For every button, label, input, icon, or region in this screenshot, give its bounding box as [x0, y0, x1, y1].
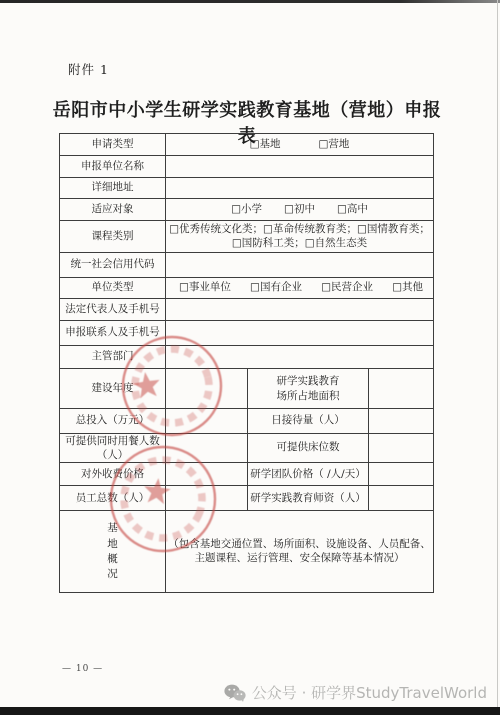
label-legal-rep-phone: 法定代表人及手机号 — [60, 299, 166, 321]
checkbox-nature-ecology[interactable]: □自然生态类 — [305, 237, 367, 251]
checkbox-defense-science[interactable]: □国防科工类； — [232, 237, 305, 251]
label-unit-type: 单位类型 — [60, 278, 166, 299]
input-external-price[interactable] — [166, 463, 248, 486]
label-edu-teachers: 研学实践教育师资（人） — [248, 486, 369, 511]
page-right-edge — [497, 0, 498, 707]
label-unit-name: 申报单位名称 — [60, 156, 166, 178]
input-team-price[interactable] — [369, 463, 434, 486]
input-dining-capacity[interactable] — [166, 434, 248, 463]
checkbox-junior-high[interactable]: □初中 — [284, 203, 315, 217]
input-unit-name[interactable] — [166, 156, 434, 178]
label-base-overview: 基地概况 — [60, 511, 166, 593]
checkbox-primary-school[interactable]: □小学 — [231, 203, 262, 217]
input-address[interactable] — [166, 178, 434, 199]
photo-top-edge — [0, 0, 500, 3]
label-site-area: 研学实践教育 场所占地面积 — [248, 369, 369, 409]
target-students-options: □小学 □初中 □高中 — [166, 199, 434, 221]
checkbox-camp[interactable]: □营地 — [319, 138, 350, 152]
unit-type-options: □事业单位 □国有企业 □民营企业 □其他 — [166, 278, 434, 299]
page-number: — 10 — — [62, 664, 103, 674]
watermark-text: 公众号 · 研学界StudyTravelWorld — [252, 682, 487, 703]
checkbox-revolutionary-education[interactable]: □革命传统教育类； — [263, 223, 357, 237]
base-overview-note-cell[interactable]: （包含基地交通位置、场所面积、设施设备、人员配备、主题课程、运行管理、安全保障等… — [166, 511, 434, 593]
label-construction-year: 建设年度 — [60, 369, 166, 409]
label-target-students: 适应对象 — [60, 199, 166, 221]
label-bed-count: 可提供床位数 — [248, 434, 369, 463]
checkbox-base[interactable]: □基地 — [250, 138, 281, 152]
checkbox-private-enterprise[interactable]: □民营企业 — [321, 281, 373, 295]
checkbox-other[interactable]: □其他 — [392, 281, 423, 295]
wechat-icon — [224, 684, 246, 702]
label-team-price: 研学团队价格（ /人/天） — [248, 463, 369, 486]
course-category-options: □优秀传统文化类；□革命传统教育类；□国情教育类； □国防科工类；□自然生态类 — [166, 221, 434, 253]
checkbox-national-conditions[interactable]: □国情教育类； — [357, 223, 430, 237]
label-total-investment: 总投入（万元） — [60, 409, 166, 434]
label-staff-total: 员工总数（人） — [60, 486, 166, 511]
input-construction-year[interactable] — [166, 369, 248, 409]
input-legal-rep-phone[interactable] — [166, 299, 434, 321]
label-dining-capacity: 可提供同时用餐人数 （人） — [60, 434, 166, 463]
application-form-table: 申请类型 □基地 □营地 申报单位名称 详细地址 适应对象 — [59, 133, 434, 593]
input-daily-capacity[interactable] — [369, 409, 434, 434]
label-contact-phone: 申报联系人及手机号 — [60, 321, 166, 346]
base-overview-note: （包含基地交通位置、场所面积、设施设备、人员配备、主题课程、运行管理、安全保障等… — [168, 538, 431, 564]
input-bed-count[interactable] — [369, 434, 434, 463]
attachment-label: 附件 1 — [68, 60, 109, 78]
label-application-type: 申请类型 — [60, 134, 166, 156]
checkbox-public-institution[interactable]: □事业单位 — [179, 281, 231, 295]
checkbox-traditional-culture[interactable]: □优秀传统文化类； — [169, 223, 263, 237]
label-credit-code: 统一社会信用代码 — [60, 253, 166, 278]
label-course-category: 课程类别 — [60, 221, 166, 253]
input-total-investment[interactable] — [166, 409, 248, 434]
label-external-price: 对外收费价格 — [60, 463, 166, 486]
document-page: 附件 1 岳阳市中小学生研学实践教育基地（营地）申报表 申请类型 □基地 □营地… — [0, 0, 500, 715]
input-supervisor-dept[interactable] — [166, 346, 434, 369]
watermark: 公众号 · 研学界StudyTravelWorld — [224, 682, 487, 703]
checkbox-state-owned[interactable]: □国有企业 — [250, 281, 302, 295]
input-credit-code[interactable] — [166, 253, 434, 278]
label-address: 详细地址 — [60, 178, 166, 199]
label-supervisor-dept: 主管部门 — [60, 346, 166, 369]
photo-bottom-bar — [0, 707, 500, 715]
input-contact-phone[interactable] — [166, 321, 434, 346]
application-type-options: □基地 □营地 — [166, 134, 434, 156]
checkbox-senior-high[interactable]: □高中 — [337, 203, 368, 217]
label-daily-capacity: 日接待量（人） — [248, 409, 369, 434]
input-site-area[interactable] — [369, 369, 434, 409]
input-edu-teachers[interactable] — [369, 486, 434, 511]
input-staff-total[interactable] — [166, 486, 248, 511]
